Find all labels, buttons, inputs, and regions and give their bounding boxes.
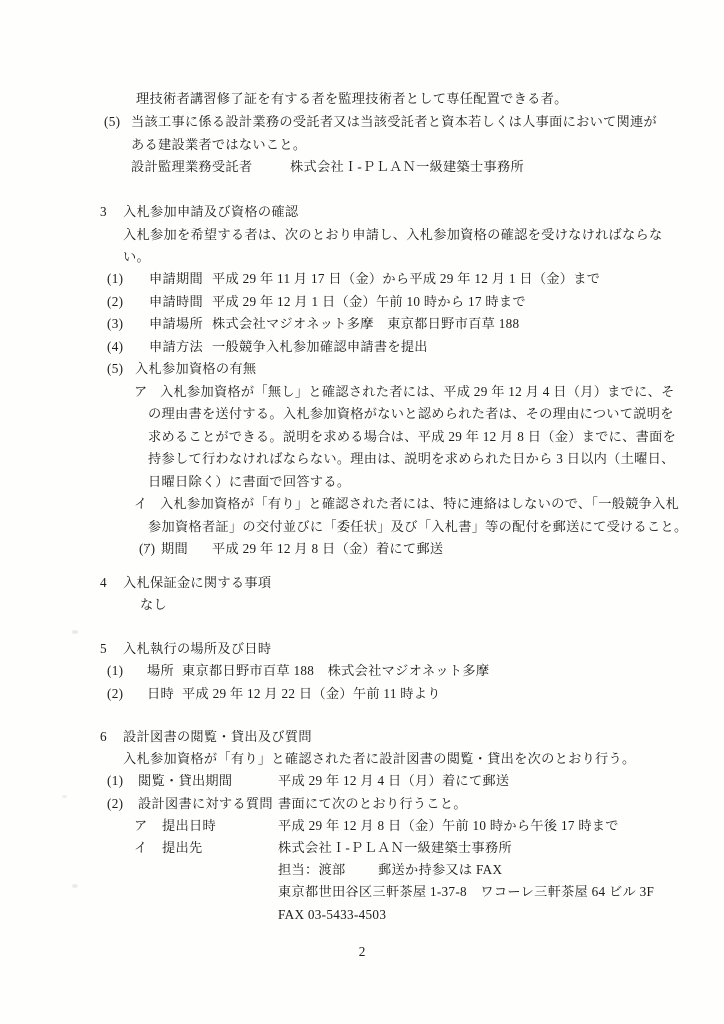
contact-fax: FAX 03-5433-4503 [278,903,386,926]
line-text: 入札参加資格が「有り」と確認された者には、特に連絡はしないので、「一般競争入札 [160,492,679,515]
item-value: 東京都日野市百草 188 株式会社マジオネット多摩 [182,659,489,682]
item-value: 株式会社Ｉ‐ＰＬＡＮ一級建築士事務所 [278,836,512,859]
line-text: 理技術者講習修了証を有する者を監理技術者として専任配置できる者。 [136,87,568,110]
item-marker: (5) [107,357,123,380]
item-label: 設計図書に対する質問 [138,792,273,815]
item-label: 場所 [147,659,174,682]
item-label: 申請時間 [149,290,203,313]
delegate-line: 設計監理業務受託者 株式会社Ｉ‐ＰＬＡＮ一級建築士事務所 [0,155,724,178]
section-5-item-1: (1) 場所 東京都日野市百草 188 株式会社マジオネット多摩 [0,659,724,682]
item-label: 日時 [147,682,174,705]
document-page: 理技術者講習修了証を有する者を監理技術者として専任配置できる者。 (5) 当該工… [0,0,724,1024]
section-6-item-1: (1) 閲覧・貸出期間 平成 29 年 12 月 4 日（月）着にて郵送 [0,769,724,792]
item-marker: (2) [107,290,123,313]
section-6-sub-i: イ 提出先 株式会社Ｉ‐ＰＬＡＮ一級建築士事務所 [0,836,724,859]
section-6-heading: 6 設計図書の閲覧・貸出及び質問 [0,725,724,748]
item-value: 平成 29 年 12 月 8 日（金）着にて郵送 [212,537,443,560]
section-3-heading: 3 入札参加申請及び資格の確認 [0,200,724,223]
contact-method: 郵送か持参又は FAX [378,858,502,881]
section-3-item-2: (2) 申請時間 平成 29 年 12 月 1 日（金）午前 10 時から 17… [0,290,724,313]
section-4-body: なし [0,593,724,616]
section-3-item-5: (5) 入札参加資格の有無 [0,357,724,380]
section-title: 入札保証金に関する事項 [123,571,271,594]
line-text: の理由書を送付する。入札参加資格がないと認められた者は、その理由について説明を [148,402,674,425]
section-title: 設計図書の閲覧・貸出及び質問 [123,725,312,748]
item-value: 平成 29 年 12 月 1 日（金）午前 10 時から 17 時まで [212,290,526,313]
page-number: 2 [0,940,724,963]
item-value: 平成 29 年 12 月 22 日（金）午前 11 時より [182,682,441,705]
section-3-intro-line-2: い。 [0,245,724,268]
item-label: 申請方法 [149,335,203,358]
contact-address-line: 東京都世田谷区三軒茶屋 1-37-8 ワコーレ三軒茶屋 64 ビル 3F [0,880,724,903]
sub-a-line-2: の理由書を送付する。入札参加資格がないと認められた者は、その理由について説明を [0,402,724,425]
section-6-intro: 入札参加資格が「有り」と確認された者に設計図書の閲覧・貸出を次のとおり行う。 [0,747,724,770]
section-number: 6 [100,725,107,748]
item-marker: (2) [107,792,123,815]
item-value: 書面にて次のとおり行うこと。 [278,792,467,815]
item-label: 提出先 [162,836,202,859]
line-text: 持参して行わなければならない。理由は、説明を求められた日から 3 日以内（土曜日… [148,447,675,470]
line-text: なし [140,593,167,616]
sub-item-marker: イ [134,836,148,859]
section-title: 入札執行の場所及び日時 [123,637,271,660]
item-value: 平成 29 年 12 月 4 日（月）着にて郵送 [278,769,509,792]
item-marker: (ｱ) [139,537,155,560]
item-label: 申請期間 [149,267,203,290]
section-number: 3 [100,200,107,223]
item-label: 提出日時 [162,814,216,837]
line-text: い。 [123,245,150,268]
section-3-item-4: (4) 申請方法 一般競争入札参加確認申請書を提出 [0,335,724,358]
section-6-sub-a: ア 提出日時 平成 29 年 12 月 8 日（金）午前 10 時から午後 17… [0,814,724,837]
carryover-item-5-line-2: ある建設業者ではないこと。 [0,133,724,156]
carryover-line: 理技術者講習修了証を有する者を監理技術者として専任配置できる者。 [0,87,724,110]
line-text: 入札参加資格が「無し」と確認された者には、平成 29 年 12 月 4 日（月）… [160,380,675,403]
sub-a-line-4: 持参して行わなければならない。理由は、説明を求められた日から 3 日以内（土曜日… [0,447,724,470]
delegate-value: 株式会社Ｉ‐ＰＬＡＮ一級建築士事務所 [290,155,524,178]
section-number: 5 [100,637,107,660]
contact-person-line: 担当：渡部 郵送か持参又は FAX [0,858,724,881]
carryover-item-5-line-1: (5) 当該工事に係る設計業務の受託者又は当該受託者と資本若しくは人事面において… [0,110,724,133]
line-text: ある建設業者ではないこと。 [131,133,306,156]
section-4-heading: 4 入札保証金に関する事項 [0,571,724,594]
line-text: 入札参加を希望する者は、次のとおり申請し、入札参加資格の確認を受けなければならな [123,223,663,246]
delegate-label: 設計監理業務受託者 [131,155,252,178]
item-label: 申請場所 [149,312,203,335]
item-value: 一般競争入札参加確認申請書を提出 [212,335,428,358]
item-marker: (1) [107,659,123,682]
section-5-item-2: (2) 日時 平成 29 年 12 月 22 日（金）午前 11 時より [0,682,724,705]
item-value: 株式会社マジオネット多摩 東京都日野市百草 188 [212,312,519,335]
line-text: 入札参加資格が「有り」と確認された者に設計図書の閲覧・貸出を次のとおり行う。 [123,747,636,770]
sub-a-line-3: 求めることができる。説明を求める場合は、平成 29 年 12 月 8 日（金）ま… [0,425,724,448]
item-marker: (2) [107,682,123,705]
item-label: 入札参加資格の有無 [135,357,256,380]
line-text: 参加資格者証」の交付並びに「委任状」及び「入札書」等の配付を郵送にて受けること。 [148,515,688,538]
section-3-intro-line-1: 入札参加を希望する者は、次のとおり申請し、入札参加資格の確認を受けなければならな [0,223,724,246]
section-title: 入札参加申請及び資格の確認 [123,200,298,223]
item-value: 平成 29 年 11 月 17 日（金）から平成 29 年 12 月 1 日（金… [212,267,600,290]
sub-a-line-5: 日曜日除く）に書面で回答する。 [0,470,724,493]
sub-item-marker: イ [134,492,148,515]
sub-item-marker: ア [134,814,148,837]
sub-i-line-2: 参加資格者証」の交付並びに「委任状」及び「入札書」等の配付を郵送にて受けること。 [0,515,724,538]
section-3-item-3: (3) 申請場所 株式会社マジオネット多摩 東京都日野市百草 188 [0,312,724,335]
contact-fax-line: FAX 03-5433-4503 [0,903,724,926]
line-text: 日曜日除く）に書面で回答する。 [148,470,350,493]
item-marker: (5) [104,110,120,133]
line-text: 求めることができる。説明を求める場合は、平成 29 年 12 月 8 日（金）ま… [148,425,676,448]
sub-item-marker: ア [134,380,148,403]
line-text: 当該工事に係る設計業務の受託者又は当該受託者と資本若しくは人事面において関連が [131,110,657,133]
item-marker: (4) [107,335,123,358]
item-label: 閲覧・貸出期間 [138,769,232,792]
item-label: 期間 [161,537,188,560]
section-5-heading: 5 入札執行の場所及び日時 [0,637,724,660]
sub-i-line-1: イ 入札参加資格が「有り」と確認された者には、特に連絡はしないので、「一般競争入… [0,492,724,515]
item-value: 平成 29 年 12 月 8 日（金）午前 10 時から午後 17 時まで [278,814,619,837]
contact-address: 東京都世田谷区三軒茶屋 1-37-8 ワコーレ三軒茶屋 64 ビル 3F [278,880,654,903]
contact-person: 担当：渡部 [278,858,345,881]
section-number: 4 [100,571,107,594]
item-marker: (1) [107,769,123,792]
item-marker: (3) [107,312,123,335]
item-marker: (1) [107,267,123,290]
section-3-item-1: (1) 申請期間 平成 29 年 11 月 17 日（金）から平成 29 年 1… [0,267,724,290]
scan-artifact [72,630,78,634]
section-6-item-2: (2) 設計図書に対する質問 書面にて次のとおり行うこと。 [0,792,724,815]
sub-a-line-1: ア 入札参加資格が「無し」と確認された者には、平成 29 年 12 月 4 日（… [0,380,724,403]
sub-i-period: (ｱ) 期間 平成 29 年 12 月 8 日（金）着にて郵送 [0,537,724,560]
